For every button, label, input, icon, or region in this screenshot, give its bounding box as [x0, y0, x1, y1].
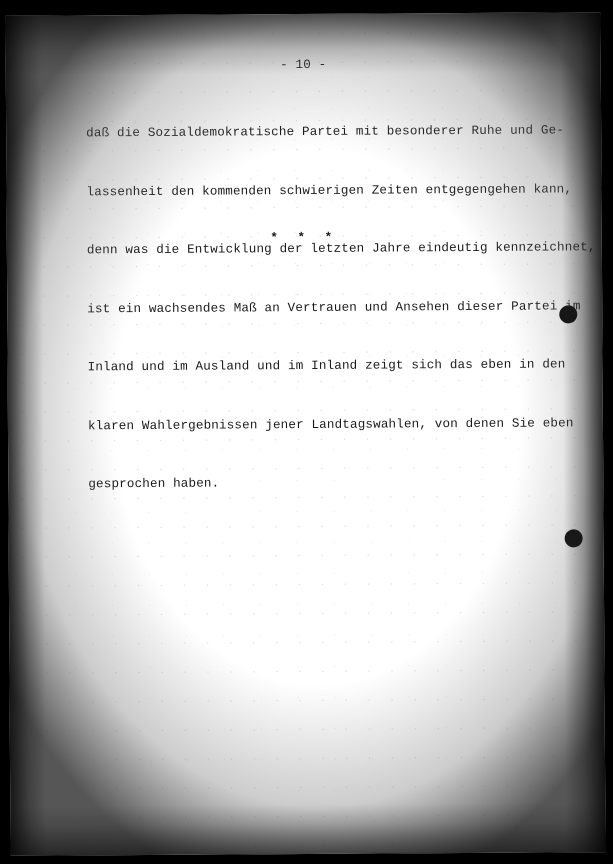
page-number: - 10 -: [6, 56, 601, 74]
text-line: gesprochen haben.: [88, 472, 605, 495]
text-line: lassenheit den kommenden schwierigen Zei…: [86, 180, 605, 203]
body-paragraph: daß die Sozialdemokratische Partei mit b…: [86, 82, 606, 534]
punch-hole-icon: [559, 305, 577, 323]
punch-hole-icon: [565, 529, 583, 547]
scan-edge-shadow: [10, 802, 605, 856]
text-line: Inland und im Ausland und im Inland zeig…: [88, 355, 606, 378]
text-line: daß die Sozialdemokratische Partei mit b…: [86, 121, 605, 144]
text-line: klaren Wahlergebnissen jener Landtagswah…: [88, 414, 606, 437]
scanned-page: - 10 - daß die Sozialdemokratische Parte…: [5, 12, 605, 856]
text-line: ist ein wachsendes Maß an Vertrauen und …: [87, 297, 605, 320]
scan-edge-shadow: [5, 16, 46, 856]
